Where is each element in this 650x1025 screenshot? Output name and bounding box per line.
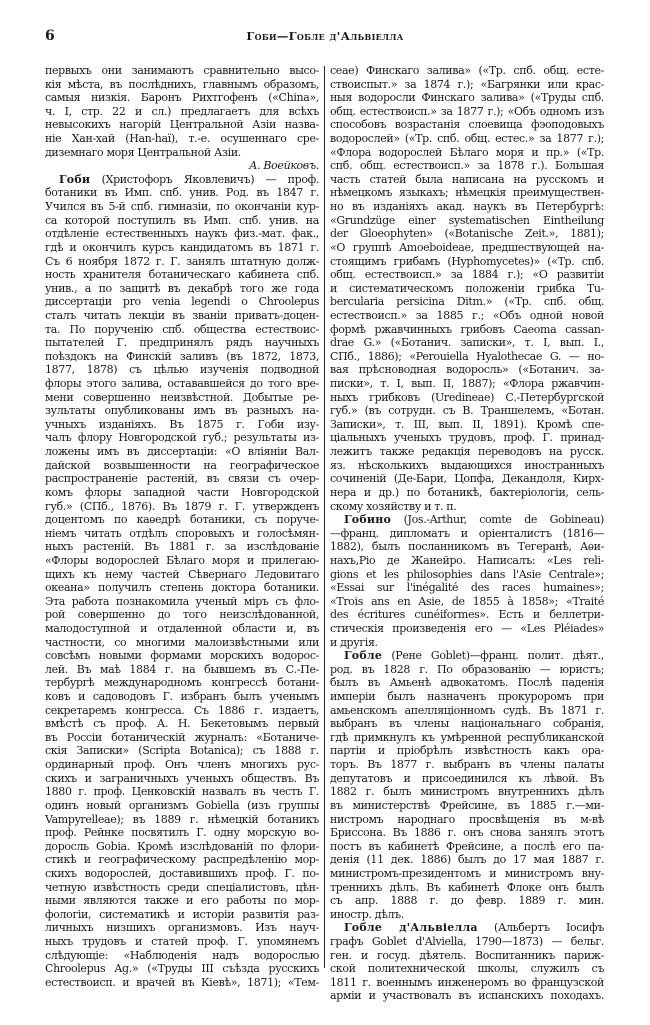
text-line: амьенскомъ апелляціонномъ судѣ. Въ 1871 … bbox=[330, 704, 604, 718]
text-line: проф. Рейнке посвятилъ Г. одну морскую в… bbox=[45, 826, 319, 840]
text-line: невысокихъ нагорій Центральной Азіи назв… bbox=[45, 118, 319, 132]
text-line: тербургѣ международномъ конгрессѣ ботани… bbox=[45, 676, 319, 690]
text-line: одинъ новый организмъ Gobiella (изъ груп… bbox=[45, 799, 319, 813]
text-line: drae G.» («Ботанич. записки», т. I, вып.… bbox=[330, 336, 604, 350]
text-line: ніемъ читать отдѣлъ споровыхъ и голосѣмя… bbox=[45, 527, 319, 541]
text-line: фологіи, систематикѣ и исторіи развитія … bbox=[45, 908, 319, 922]
text-line: способовъ возрастанія слоевища фэоподовы… bbox=[330, 118, 604, 132]
text-line: СПб., 1886); «Perouiella Hyalothecae G. … bbox=[330, 350, 604, 364]
text-line: 1882), былъ посланникомъ въ Тегеранѣ, Аѳ… bbox=[330, 540, 604, 554]
text-line: выбранъ въ члены національнаго собранія, bbox=[330, 717, 604, 731]
text-line: формѣ ржавчинныхъ грибовъ Caeoma cassan- bbox=[330, 323, 604, 337]
text-line: род. въ 1828 г. По образованію — юристъ; bbox=[330, 663, 604, 677]
text-line: въ Россіи ботаническій журналъ: «Ботанич… bbox=[45, 731, 319, 745]
text-line: дайской возвышенности на географическое bbox=[45, 459, 319, 473]
continuation-paragraph: первыхъ они занимаютъ сравнительно высо-… bbox=[45, 64, 319, 173]
text-line: сочиненій (Де-Бари, Цопфа, Декандоля, Ки… bbox=[330, 472, 604, 486]
text-line: но въ изданіяхъ акад. наукъ въ Петербург… bbox=[330, 200, 604, 214]
text-line: стическія произведенія его — «Les Pléiad… bbox=[330, 622, 604, 636]
entry-gobi-continuation: ceae) Финскаго залива» («Тр. спб. общ. е… bbox=[330, 64, 604, 513]
text-line: ными являются также и его работы по мор- bbox=[45, 894, 319, 908]
text-line: мени совершенно неизвѣстной. Добытые ре- bbox=[45, 391, 319, 405]
text-line: ность хранителя ботаническаго кабинета с… bbox=[45, 268, 319, 282]
text-line: скія Записки» (Scripta Botanica); съ 188… bbox=[45, 744, 319, 758]
text-line: диземнаго моря Центральной Азіи. bbox=[45, 146, 319, 160]
text-line: щихъ къ нему частей Сѣвернаго Ледовитаго bbox=[45, 568, 319, 582]
text-line: пытателей Г. предпринялъ рядъ научныхъ bbox=[45, 336, 319, 350]
text-line: ложены имъ въ диссертаціи: «О вліяніи Ва… bbox=[45, 445, 319, 459]
text-line: (Христофоръ Яковлевичъ) — проф. bbox=[90, 173, 319, 186]
text-line: и систематическомъ положеніи грибка Tu- bbox=[330, 282, 604, 296]
text-line: писки», т. I, вып. II, 1887); «Флора ржа… bbox=[330, 377, 604, 391]
text-line: доросль Gobia. Кромѣ изслѣдованій по фло… bbox=[45, 840, 319, 854]
text-line: «Флоры водорослей Бѣлаго моря и прилегаю… bbox=[45, 554, 319, 568]
text-line: «Флора водорослей Бѣлаго моря и пр.» («Т… bbox=[330, 146, 604, 160]
text-line: постъ въ кабинетѣ Фрейсине, а послѣ его … bbox=[330, 840, 604, 854]
text-line: сталъ читать лекціи въ званіи приватъ-до… bbox=[45, 309, 319, 323]
text-line: вая прѣсноводная водоросль» («Ботанич. з… bbox=[330, 363, 604, 377]
text-line: комъ флоры западной части Новгородской bbox=[45, 486, 319, 500]
text-line: 1877, 1878) съ цѣлью изученія подводной bbox=[45, 363, 319, 377]
text-line: Бриссона. Въ 1886 г. онъ снова занялъ эт… bbox=[330, 826, 604, 840]
text-line: Учился въ 5-й спб. гимназіи, по окончані… bbox=[45, 200, 319, 214]
text-line: гдѣ и окончилъ курсъ кандидатомъ въ 1871… bbox=[45, 241, 319, 255]
text-line: ботаники въ Имп. спб. унив. Род. въ 1847… bbox=[45, 186, 319, 200]
text-line: личныхъ низшихъ организмовъ. Изъ науч- bbox=[45, 921, 319, 935]
text-line: «О группѣ Amoeboideae, предшествующей на… bbox=[330, 241, 604, 255]
text-line: общ. естествоисп.» за 1884 г.); «О разви… bbox=[330, 268, 604, 282]
text-line: скихъ водорослей, доставившихъ проф. Г. … bbox=[45, 867, 319, 881]
text-line: часть статей была написана на русскомъ и bbox=[330, 173, 604, 187]
text-line: яз. нѣсколькихъ выдающихся иностранныхъ bbox=[330, 459, 604, 473]
text-line: арміи и участвовалъ въ испанскихъ похода… bbox=[330, 989, 604, 1003]
text-line: нахъ,Ріо де Жанейро. Написалъ: «Les reli… bbox=[330, 554, 604, 568]
text-line: вмѣстѣ съ проф. А. Н. Бекетовымъ первый bbox=[45, 717, 319, 731]
text-line: скихъ и заграничныхъ ученыхъ обществъ. В… bbox=[45, 772, 319, 786]
text-line: ныхъ трудовъ и статей проф. Г. упомянемъ bbox=[45, 935, 319, 949]
text-line: ч. I, стр. 22 и сл.) предлагаетъ для всѣ… bbox=[45, 105, 319, 119]
text-line: и другія. bbox=[330, 636, 604, 650]
text-line: gions et les philosophies dans l'Asie Ce… bbox=[330, 568, 604, 582]
entry-headword: Гобле д'Альвіелла bbox=[344, 921, 478, 934]
text-line: съ апр. 1888 г. до февр. 1889 г. мин. bbox=[330, 894, 604, 908]
text-line: зультаты опубликованы имъ въ разныхъ на- bbox=[45, 404, 319, 418]
text-line: естествоисп. и врачей въ Кіевѣ», 1871); … bbox=[45, 976, 319, 990]
text-line: Chroolepus Ag.» («Труды III съѣзда русск… bbox=[45, 962, 319, 976]
text-line: министромъ-президентомъ и министромъ вну… bbox=[330, 867, 604, 881]
text-line: денія (11 дек. 1886) былъ до 17 мая 1887… bbox=[330, 853, 604, 867]
text-line: (Альбертъ Іосифъ bbox=[478, 921, 604, 934]
text-line: графъ Goblet d'Alviella, 1790—1873) — бе… bbox=[330, 935, 604, 949]
text-line: естествоисп.» за 1885 г.; «Объ одной нов… bbox=[330, 309, 604, 323]
text-line: океана» получилъ степень доктора ботаник… bbox=[45, 581, 319, 595]
text-line: нера и др.) по ботаникѣ, бактеріологіи, … bbox=[330, 486, 604, 500]
text-line: ceae) Финскаго залива» («Тр. спб. общ. е… bbox=[330, 64, 604, 78]
text-line: диссертаціи pro venia legendi o Chroolep… bbox=[45, 295, 319, 309]
column-divider bbox=[324, 66, 325, 968]
text-line: ской политехнической школы, служилъ съ bbox=[330, 962, 604, 976]
text-line: лей. Въ маѣ 1884 г. на бывшемъ въ С.-Пе- bbox=[45, 663, 319, 677]
text-line: общ. естествоисп.» за 1877 г.); «Объ одн… bbox=[330, 105, 604, 119]
text-line: стикѣ и географическому распредѣленію мо… bbox=[45, 853, 319, 867]
text-line: рой совершенно до того неизслѣдованной, bbox=[45, 608, 319, 622]
right-column: ceae) Финскаго залива» («Тр. спб. общ. е… bbox=[330, 64, 604, 1003]
text-line: 1882 г. былъ министромъ внутреннихъ дѣлъ bbox=[330, 785, 604, 799]
text-line: са которой поступилъ въ Имп. спб. унив. … bbox=[45, 214, 319, 228]
text-line: партіи и пріобрѣлъ извѣстность какъ ора- bbox=[330, 744, 604, 758]
text-line: ковъ и садоводовъ Г. избранъ былъ ученым… bbox=[45, 690, 319, 704]
entry-headword: Гобино bbox=[344, 513, 391, 526]
text-line: «Grundzüge einer systematischen Eintheil… bbox=[330, 214, 604, 228]
text-line: былъ въ Амьенѣ адвокатомъ. Послѣ паденія bbox=[330, 676, 604, 690]
text-line: секретаремъ конгресса. Съ 1886 г. издает… bbox=[45, 704, 319, 718]
text-line: (Jos.-Arthur, comte de Gobineau) bbox=[391, 513, 604, 526]
text-line: Записки», т. III, вып. II, 1891). Кромѣ … bbox=[330, 418, 604, 432]
text-line: чалъ флору Новгородской губ.; результаты… bbox=[45, 431, 319, 445]
entry-headword: Гоби bbox=[59, 173, 90, 186]
text-line: иностр. дѣлъ. bbox=[330, 908, 604, 922]
text-line: малодоступной и отдаленной области и, въ bbox=[45, 622, 319, 636]
text-line: имперіи былъ назначенъ прокуроромъ при bbox=[330, 690, 604, 704]
text-line: четную извѣстность среди спеціалистовъ, … bbox=[45, 881, 319, 895]
running-head: Гоби—Гобле д'Альвіелла bbox=[45, 29, 605, 43]
text-line: —франц. дипломатъ и оріенталистъ (1816— bbox=[330, 527, 604, 541]
text-line: отдѣленіе естественныхъ наукъ физ.-мат. … bbox=[45, 227, 319, 241]
text-line: кія мѣста, въ послѣднихъ, главнымъ образ… bbox=[45, 78, 319, 92]
text-line: унив., а по защитѣ въ декабрѣ того же го… bbox=[45, 282, 319, 296]
text-line: ныхъ растеній. Въ 1881 г. за изслѣдовані… bbox=[45, 540, 319, 554]
text-line: нистромъ народнаго просвѣщенія въ м-вѣ bbox=[330, 813, 604, 827]
entry-goblet: Гобле (Рене Goblet)—франц. полит. дѣят.,… bbox=[330, 649, 604, 921]
text-line: (Рене Goblet)—франц. полит. дѣят., bbox=[382, 649, 604, 662]
entry-headword: Гобле bbox=[344, 649, 382, 662]
text-line: торъ. Въ 1877 г. выбранъ въ члены палаты bbox=[330, 758, 604, 772]
text-line: 1880 г. проф. Ценковскій назвалъ въ чест… bbox=[45, 785, 319, 799]
text-line: Съ 6 ноября 1872 г. Г. занялъ штатную до… bbox=[45, 255, 319, 269]
encyclopedia-page: 6 Гоби—Гобле д'Альвіелла первыхъ они зан… bbox=[0, 0, 650, 1025]
text-line: «Trois ans en Asie, de 1855 à 1858»; «Tr… bbox=[330, 595, 604, 609]
text-line: ствоиспыт.» за 1874 г.); «Багрянки или к… bbox=[330, 78, 604, 92]
text-line: Эта работа познакомила ученый міръ съ фл… bbox=[45, 595, 319, 609]
text-line: депутатовъ и присоединился къ лѣвой. Въ bbox=[330, 772, 604, 786]
text-line: ген. и госуд. дѣятель. Воспитанникъ пари… bbox=[330, 949, 604, 963]
text-line: распространеніе растеній, въ связи съ оч… bbox=[45, 472, 319, 486]
text-line: ординарный проф. Онъ членъ многихъ рус- bbox=[45, 758, 319, 772]
text-line: совсѣмъ новыми формами морскихъ водорос- bbox=[45, 649, 319, 663]
text-line: слѣдующіе: «Наблюденія надъ водорослью bbox=[45, 949, 319, 963]
text-line: первыхъ они занимаютъ сравнительно высо- bbox=[45, 64, 319, 78]
text-line: Vampyrelleae); въ 1889 г. нѣмецкій ботан… bbox=[45, 813, 319, 827]
text-line: учныхъ изданіяхъ. Въ 1875 г. Гоби изу- bbox=[45, 418, 319, 432]
text-line: поѣздокъ на Финскій заливъ (въ 1872, 187… bbox=[45, 350, 319, 364]
text-line: 1811 г. военнымъ инженеромъ во французск… bbox=[330, 976, 604, 990]
text-line: ныя водоросли Финскаго залива» («Труды с… bbox=[330, 91, 604, 105]
text-line: треннихъ дѣлъ. Въ кабинетѣ Флоке онъ был… bbox=[330, 881, 604, 895]
text-line: des écritures cunéiformes». Есть и белле… bbox=[330, 608, 604, 622]
text-line: ныхъ грибковъ (Uredineae) С.-Петербургск… bbox=[330, 391, 604, 405]
text-line: водорослей» («Тр. спб. общ. естес.» за 1… bbox=[330, 132, 604, 146]
text-line: губ.» (СПб., 1876). Въ 1879 г. Г. утверж… bbox=[45, 500, 319, 514]
text-line: скому хозяйству и т. п. bbox=[330, 500, 604, 514]
text-line: въ министерствѣ Фрейсине, въ 1885 г.—ми- bbox=[330, 799, 604, 813]
text-line: самыя низкія. Баронъ Рихтгофенъ («China»… bbox=[45, 91, 319, 105]
text-line: спб. общ. естествоисп.» за 1878 г.). Бол… bbox=[330, 159, 604, 173]
text-line: «Essai sur l'inégalité des races humaine… bbox=[330, 581, 604, 595]
left-column: первыхъ они занимаютъ сравнительно высо-… bbox=[45, 64, 319, 989]
text-line: частности, со многими малоизвѣстными или bbox=[45, 636, 319, 650]
page-header: 6 Гоби—Гобле д'Альвіелла bbox=[45, 28, 605, 46]
text-line: стоящимъ грибамъ (Hyphomycetes)» («Тр. с… bbox=[330, 255, 604, 269]
entry-gobi: Гоби (Христофоръ Яковлевичъ) — проф. бот… bbox=[45, 173, 319, 990]
author-signature: А. Воейковъ. bbox=[45, 159, 319, 173]
text-line: губ.» (въ сотрудн. съ В. Траншелемъ, «Бо… bbox=[330, 404, 604, 418]
text-line: флоры этого залива, остававшейся до того… bbox=[45, 377, 319, 391]
text-line: нѣмецкомъ языкахъ; нѣмецкія преимуществе… bbox=[330, 186, 604, 200]
text-line: ніе Хан-хай (Han-haï), т.-е. осушеннаго … bbox=[45, 132, 319, 146]
entry-goblet-dalviella: Гобле д'Альвіелла (Альбертъ Іосифъ графъ… bbox=[330, 921, 604, 1003]
text-line: та. По порученію спб. общества естествои… bbox=[45, 323, 319, 337]
text-line: гдѣ примкнулъ къ умѣренной республиканск… bbox=[330, 731, 604, 745]
text-line: der Gloeophyten» («Botanische Zeit.», 18… bbox=[330, 227, 604, 241]
text-line: ціальныхъ ученыхъ трудовъ, проф. Г. прин… bbox=[330, 431, 604, 445]
text-line: лежитъ также редакція переводовъ на русс… bbox=[330, 445, 604, 459]
entry-gobineau: Гобино (Jos.-Arthur, comte de Gobineau) … bbox=[330, 513, 604, 649]
text-line: доцентомъ по каѳедрѣ ботаники, съ поруче… bbox=[45, 513, 319, 527]
text-line: bercularia persicina Ditm.» («Тр. спб. о… bbox=[330, 295, 604, 309]
